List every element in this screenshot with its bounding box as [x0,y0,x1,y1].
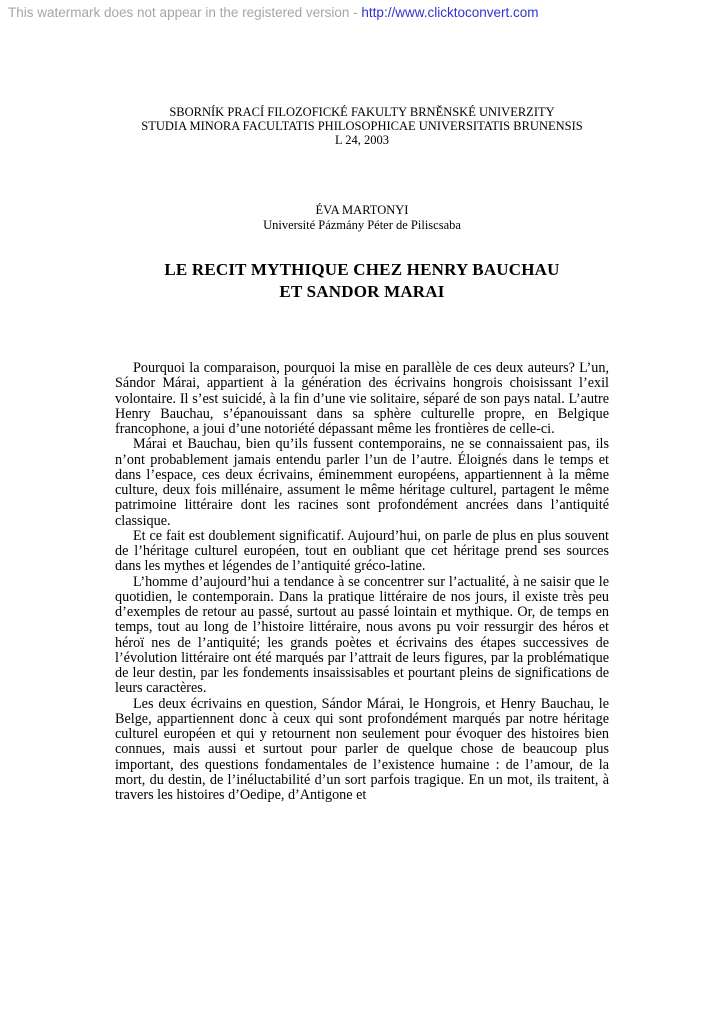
article-title-line-1: LE RECIT MYTHIQUE CHEZ HENRY BAUCHAU [0,259,724,281]
article-title: LE RECIT MYTHIQUE CHEZ HENRY BAUCHAU ET … [0,259,724,303]
author-affiliation: Université Pázmány Péter de Piliscsaba [0,218,724,233]
paragraph: Márai et Bauchau, bien qu’ils fussent co… [115,437,609,529]
journal-header: SBORNÍK PRACÍ FILOZOFICKÉ FAKULTY BRNĚNS… [0,105,724,148]
journal-header-line-2: STUDIA MINORA FACULTATIS PHILOSOPHICAE U… [0,119,724,133]
article-body: Pourquoi la comparaison, pourquoi la mis… [115,361,609,803]
paragraph: L’homme d’aujourd’hui a tendance à se co… [115,575,609,697]
watermark-notice: This watermark does not appear in the re… [8,5,538,20]
paragraph: Et ce fait est doublement significatif. … [115,529,609,575]
watermark-link[interactable]: http://www.clicktoconvert.com [361,5,538,20]
author-name: ÉVA MARTONYI [0,203,724,218]
paragraph: Les deux écrivains en question, Sándor M… [115,697,609,804]
watermark-text: This watermark does not appear in the re… [8,5,361,20]
journal-header-line-3: L 24, 2003 [0,133,724,147]
journal-header-line-1: SBORNÍK PRACÍ FILOZOFICKÉ FAKULTY BRNĚNS… [0,105,724,119]
article-title-line-2: ET SANDOR MARAI [0,281,724,303]
paragraph: Pourquoi la comparaison, pourquoi la mis… [115,361,609,437]
document-page: This watermark does not appear in the re… [0,0,724,1024]
author-block: ÉVA MARTONYI Université Pázmány Péter de… [0,203,724,233]
